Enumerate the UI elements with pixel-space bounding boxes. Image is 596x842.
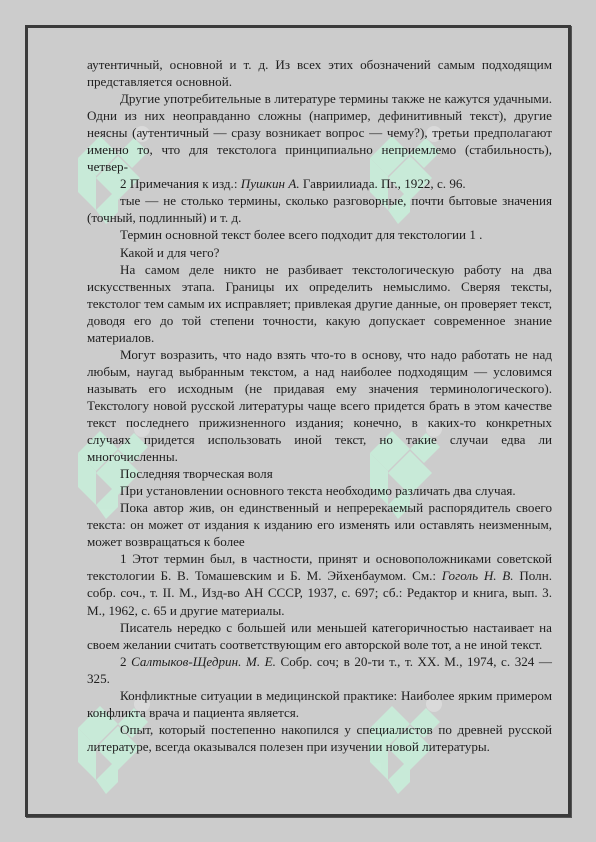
- paragraph-text: Опыт, который постепенно накопился у спе…: [87, 722, 552, 754]
- paragraph-text: При установлении основного текста необхо…: [120, 483, 516, 498]
- paragraph: тые — не столько термины, сколько разгов…: [87, 192, 552, 226]
- paragraph: При установлении основного текста необхо…: [87, 482, 552, 499]
- paragraph: 2 Салтыков-Щедрин. М. Е. Собр. соч; в 20…: [87, 653, 552, 687]
- paragraph-text: Могут возразить, что надо взять что-то в…: [87, 347, 552, 464]
- paragraph: Какой и для чего?: [87, 244, 552, 261]
- paragraph-text: Пока автор жив, он единственный и непрер…: [87, 500, 552, 549]
- paragraph: 2 Примечания к изд.: Пушкин А. Гавриилиа…: [87, 175, 552, 192]
- paragraph: 1 Этот термин был, в частности, принят и…: [87, 550, 552, 618]
- italic-reference: Салтыков-Щедрин. М. Е.: [131, 654, 276, 669]
- paragraph-text: Конфликтные ситуации в медицинской практ…: [87, 688, 552, 720]
- paragraph: аутентичный, основной и т. д. Из всех эт…: [87, 56, 552, 90]
- paragraph-text: 2: [120, 654, 131, 669]
- paragraph: Могут возразить, что надо взять что-то в…: [87, 346, 552, 465]
- paragraph: Писатель нередко с большей или меньшей к…: [87, 619, 552, 653]
- paragraph-text: Писатель нередко с большей или меньшей к…: [87, 620, 552, 652]
- paragraph-text: Последняя творческая воля: [120, 466, 273, 481]
- paragraph-text: Термин основной текст более всего подход…: [120, 227, 482, 242]
- paragraph-text: Какой и для чего?: [120, 245, 219, 260]
- paragraph: Конфликтные ситуации в медицинской практ…: [87, 687, 552, 721]
- paragraph: Другие употребительные в литературе терм…: [87, 90, 552, 175]
- paragraph: Последняя творческая воля: [87, 465, 552, 482]
- paragraph-text: Другие употребительные в литературе терм…: [87, 91, 552, 174]
- paragraph: Термин основной текст более всего подход…: [87, 226, 552, 243]
- paragraph-text: 2 Примечания к изд.:: [120, 176, 241, 191]
- paragraph-text: тые — не столько термины, сколько разгов…: [87, 193, 552, 225]
- paragraph: Пока автор жив, он единственный и непрер…: [87, 499, 552, 550]
- italic-reference: Гоголь Н. В.: [442, 568, 514, 583]
- paragraph-text: На самом деле никто не разбивает текстол…: [87, 262, 552, 345]
- paragraph-text: аутентичный, основной и т. д. Из всех эт…: [87, 57, 552, 89]
- paragraph: Опыт, который постепенно накопился у спе…: [87, 721, 552, 755]
- document-body: аутентичный, основной и т. д. Из всех эт…: [87, 56, 552, 755]
- paragraph: На самом деле никто не разбивает текстол…: [87, 261, 552, 346]
- paragraph-text: Гавриилиада. Пг., 1922, с. 96.: [300, 176, 466, 191]
- italic-reference: Пушкин А.: [241, 176, 300, 191]
